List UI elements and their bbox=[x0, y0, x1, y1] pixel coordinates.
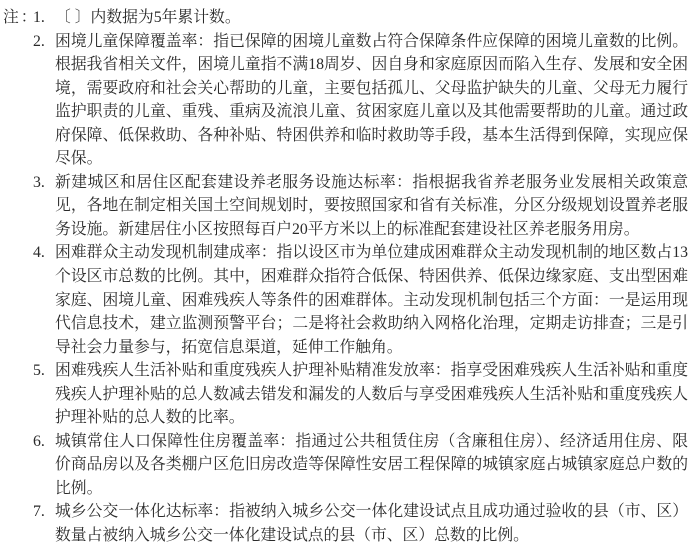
note-number: 3. bbox=[33, 171, 45, 195]
note-text: 新建城区和居住区配套建设养老服务设施达标率：指根据我省养老服务业发展相关政策意见… bbox=[55, 174, 688, 238]
note-item-6: 6. 城镇常住人口保障性住房覆盖率：指通过公共租赁住房（含廉租住房）、经济适用住… bbox=[55, 430, 688, 501]
note-item-4: 4. 困难群众主动发现机制建成率：指以设区市为单位建成困难群众主动发现机制的地区… bbox=[55, 241, 688, 359]
note-list: 1. 〔 〕内数据为5年累计数。 2. 困境儿童保障覆盖率：指已保障的困境儿童数… bbox=[55, 6, 688, 548]
note-item-3: 3. 新建城区和居住区配套建设养老服务设施达标率：指根据我省养老服务业发展相关政… bbox=[55, 171, 688, 242]
note-text: 城乡公交一体化达标率：指被纳入城乡公交一体化建设试点且成功通过验收的县（市、区）… bbox=[55, 503, 688, 544]
note-number: 6. bbox=[33, 430, 45, 454]
note-text: 困难群众主动发现机制建成率：指以设区市为单位建成困难群众主动发现机制的地区数占1… bbox=[55, 244, 688, 355]
note-text: 困难残疾人生活补贴和重度残疾人护理补贴精准发放率：指享受困难残疾人生活补贴和重度… bbox=[55, 362, 688, 426]
note-text: 困境儿童保障覆盖率：指已保障的困境儿童数占符合保障条件应保障的困境儿童数的比例。… bbox=[55, 33, 688, 168]
note-item-7: 7. 城乡公交一体化达标率：指被纳入城乡公交一体化建设试点且成功通过验收的县（市… bbox=[55, 500, 688, 547]
notes-block: 注： 1. 〔 〕内数据为5年累计数。 2. 困境儿童保障覆盖率：指已保障的困境… bbox=[0, 0, 692, 548]
document-page: 注： 1. 〔 〕内数据为5年累计数。 2. 困境儿童保障覆盖率：指已保障的困境… bbox=[0, 0, 692, 554]
note-number: 7. bbox=[33, 500, 45, 524]
note-item-1: 1. 〔 〕内数据为5年累计数。 bbox=[55, 6, 688, 30]
note-item-5: 5. 困难残疾人生活补贴和重度残疾人护理补贴精准发放率：指享受困难残疾人生活补贴… bbox=[55, 359, 688, 430]
note-text: 〔 〕内数据为5年累计数。 bbox=[55, 9, 241, 26]
note-number: 4. bbox=[33, 241, 45, 265]
note-number: 2. bbox=[33, 30, 45, 54]
note-number: 5. bbox=[33, 359, 45, 383]
note-item-2: 2. 困境儿童保障覆盖率：指已保障的困境儿童数占符合保障条件应保障的困境儿童数的… bbox=[55, 30, 688, 171]
note-number: 1. bbox=[33, 6, 45, 30]
note-text: 城镇常住人口保障性住房覆盖率：指通过公共租赁住房（含廉租住房）、经济适用住房、限… bbox=[55, 433, 688, 497]
